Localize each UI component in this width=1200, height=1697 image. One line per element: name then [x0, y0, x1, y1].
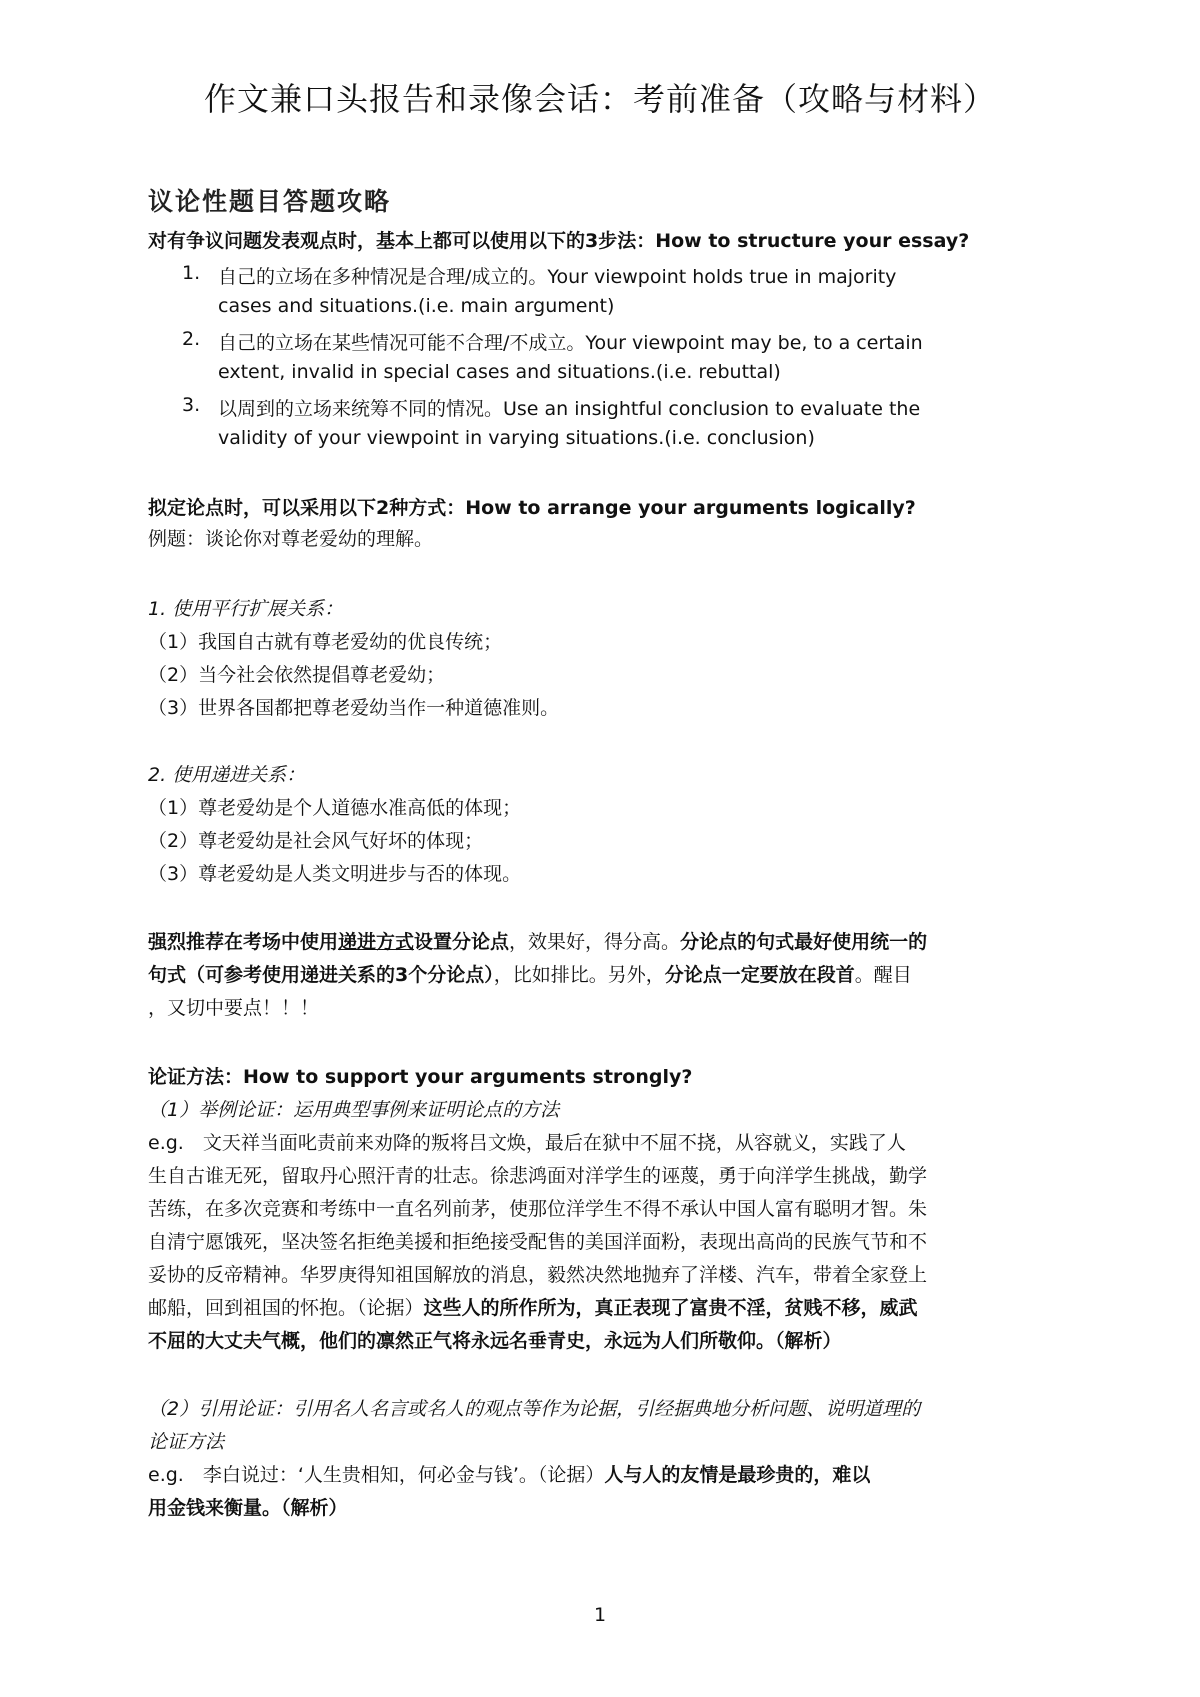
recommend-line-3: ，又切中要点！！！ — [148, 999, 319, 1018]
document-page: 作文兼口头报告和录像会话：考前准备（攻略与材料） 议论性题目答题攻略 对有争议问… — [0, 0, 1200, 1697]
example-text: 妥协的反帝精神。华罗庚得知祖国解放的消息，毅然决然地抛弃了洋楼、汽车，带着全家登… — [148, 1266, 927, 1285]
evidence-text: 邮船，回到祖国的怀抱。（论据） — [148, 1297, 424, 1319]
step-number: 1. — [182, 262, 200, 284]
example-text: 苦练，在多次竞赛和考练中一直名列前茅，使那位洋学生不得不承认中国人富有聪明才智。… — [148, 1200, 927, 1219]
recommend-normal: ，比如排比。另外， — [494, 964, 665, 986]
evidence-text: e.g. 李白说过：‘人生贵相知，何必金与钱’。（论据） — [148, 1464, 604, 1486]
recommend-line-2: 句式（可参考使用递进关系的3个分论点），比如排比。另外，分论点一定要放在段首。醒… — [148, 966, 912, 985]
document-title: 作文兼口头报告和录像会话：考前准备（攻略与材料） — [0, 74, 1200, 120]
step-number: 3. — [182, 394, 200, 416]
method-example-label: （1）举例论证：运用典型事例来证明论点的方法 — [148, 1101, 559, 1120]
quote-example-mixed: e.g. 李白说过：‘人生贵相知，何必金与钱’。（论据）人与人的友情是最珍贵的，… — [148, 1466, 870, 1485]
method1-item: （2）当今社会依然提倡尊老爱幼； — [148, 666, 445, 685]
step-number: 2. — [182, 328, 200, 350]
recommend-bold: 分论点一定要放在段首 — [665, 964, 855, 986]
recommend-bold: 强烈推荐在考场中使用 — [148, 931, 338, 953]
analysis-text: 用金钱来衡量。（解析） — [148, 1499, 348, 1518]
step-text: 以周到的立场来统筹不同的情况。Use an insightful conclus… — [218, 394, 920, 421]
method1-item: （1）我国自古就有尊老爱幼的优良传统； — [148, 633, 502, 652]
method-quote-label-cont: 论证方法 — [148, 1433, 224, 1452]
example-text: e.g. 文天祥当面叱责前来劝降的叛将吕文焕，最后在狱中不屈不挠，从容就义，实践… — [148, 1134, 906, 1153]
method1-label: 1. 使用平行扩展关系： — [148, 600, 343, 619]
recommend-bold: 句式（可参考使用递进关系的3个分论点） — [148, 964, 494, 986]
method-quote-label: （2）引用论证：引用名人名言或名人的观点等作为论据，引经据典地分析问题、说明道理… — [148, 1400, 920, 1419]
recommend-underline: 递进方式 — [338, 931, 414, 953]
step-text: 自己的立场在某些情况可能不合理/不成立。Your viewpoint may b… — [218, 328, 923, 355]
method2-item: （3）尊老爱幼是人类文明进步与否的体现。 — [148, 865, 521, 884]
example-text-mixed: 邮船，回到祖国的怀抱。（论据）这些人的所作所为，真正表现了富贵不淫，贫贱不移，威… — [148, 1299, 918, 1318]
analysis-text: 人与人的友情是最珍贵的，难以 — [604, 1464, 870, 1486]
analysis-text: 不屈的大丈夫气概，他们的凛然正气将永远名垂青史，永远为人们所敬仰。（解析） — [148, 1332, 842, 1351]
step-text-cont: extent, invalid in special cases and sit… — [218, 361, 781, 383]
method2-label: 2. 使用递进关系： — [148, 766, 305, 785]
method2-item: （2）尊老爱幼是社会风气好坏的体现； — [148, 832, 483, 851]
support-heading: 论证方法：How to support your arguments stron… — [148, 1068, 692, 1087]
example-text: 自清宁愿饿死，坚决签名拒绝美援和拒绝接受配售的美国洋面粉，表现出高尚的民族气节和… — [148, 1233, 927, 1252]
page-number: 1 — [0, 1604, 1200, 1626]
recommend-bold: 分论点的句式最好使用统一的 — [680, 931, 927, 953]
example-prompt: 例题：谈论你对尊老爱幼的理解。 — [148, 530, 433, 549]
method1-item: （3）世界各国都把尊老爱幼当作一种道德准则。 — [148, 699, 559, 718]
method2-item: （1）尊老爱幼是个人道德水准高低的体现； — [148, 799, 521, 818]
analysis-text: 这些人的所作所为，真正表现了富贵不淫，贫贱不移，威武 — [424, 1297, 918, 1319]
recommend-bold: 设置分论点 — [414, 931, 509, 953]
example-text: 生自古谁无死，留取丹心照汗青的壮志。徐悲鸿面对洋学生的诬蔑，勇于向洋学生挑战，勤… — [148, 1167, 927, 1186]
recommend-normal: ，效果好，得分高。 — [509, 931, 680, 953]
arrange-heading: 拟定论点时，可以采用以下2种方式：How to arrange your arg… — [148, 499, 916, 518]
step-text-cont: validity of your viewpoint in varying si… — [218, 427, 815, 449]
structure-heading: 对有争议问题发表观点时，基本上都可以使用以下的3步法：How to struct… — [148, 232, 969, 251]
recommend-normal: 。醒目 — [855, 964, 912, 986]
step-text: 自己的立场在多种情况是合理/成立的。Your viewpoint holds t… — [218, 262, 896, 289]
step-text-cont: cases and situations.(i.e. main argument… — [218, 295, 614, 317]
section-heading: 议论性题目答题攻略 — [148, 182, 391, 218]
recommend-line-1: 强烈推荐在考场中使用递进方式设置分论点，效果好，得分高。分论点的句式最好使用统一… — [148, 933, 927, 952]
